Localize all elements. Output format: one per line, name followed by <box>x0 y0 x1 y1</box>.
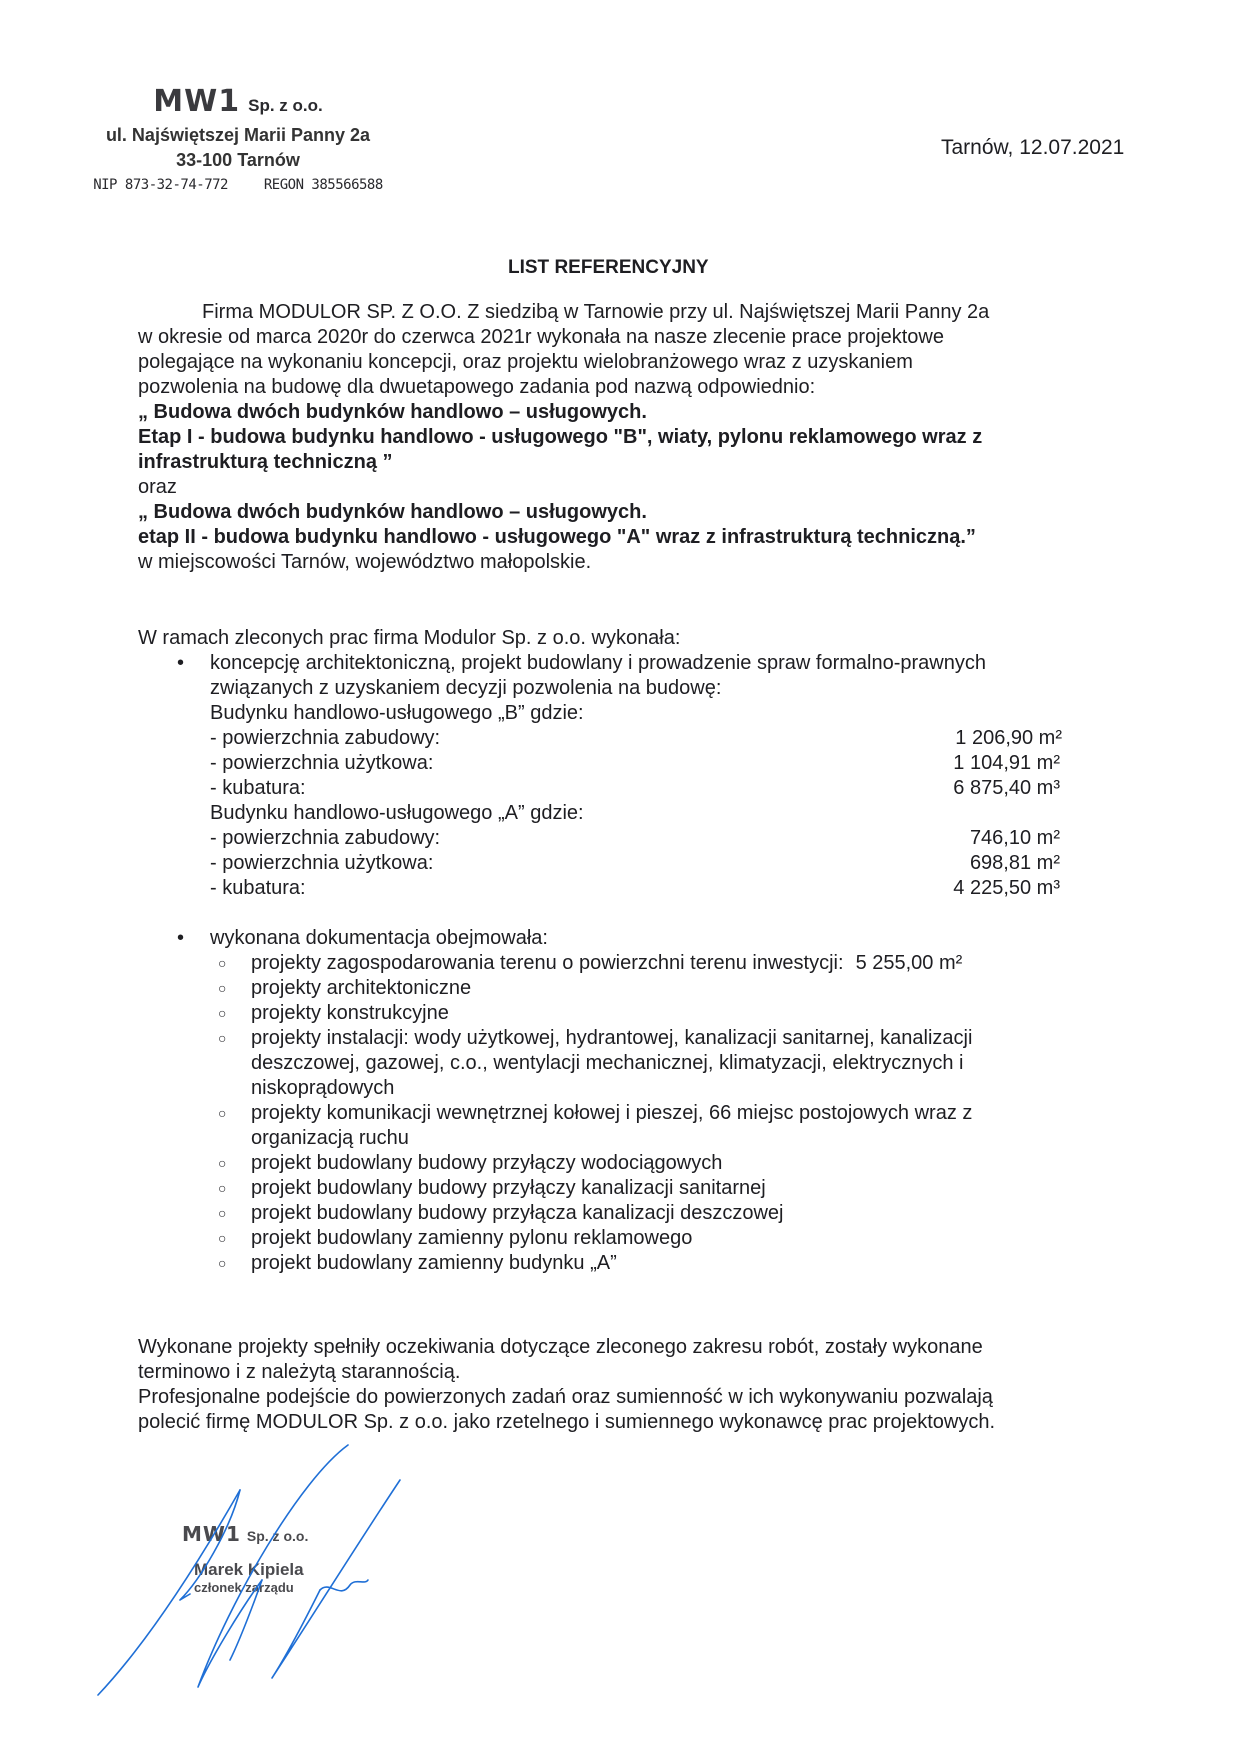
circle-bullet-icon: ○ <box>218 1001 226 1026</box>
metric-label: - powierzchnia użytkowa: <box>210 851 433 876</box>
circle-bullet-icon: ○ <box>218 1176 226 1201</box>
metric-value: 4 225,50 m³ <box>953 876 1060 901</box>
company-suffix: Sp. z o.o. <box>247 1528 308 1544</box>
building-a-row: - kubatura:4 225,50 m³ <box>210 876 1060 901</box>
doc-item: ○ projekt budowlany budowy przyłącza kan… <box>251 1201 1111 1226</box>
doc-item-text: projekt budowlany budowy przyłączy wodoc… <box>251 1151 1111 1176</box>
letter-date: Tarnów, 12.07.2021 <box>941 136 1124 160</box>
doc-item: ○ projekty komunikacji wewnętrznej kołow… <box>251 1101 1111 1151</box>
doc-item-text: projekty zagospodarowania terenu o powie… <box>251 952 844 974</box>
circle-bullet-icon: ○ <box>218 1226 226 1251</box>
doc-item: ○ projekty instalacji: wody użytkowej, h… <box>251 1026 1111 1101</box>
closing-line: polecić firmę MODULOR Sp. z o.o. jako rz… <box>138 1410 995 1435</box>
bullet-label: wykonana dokumentacja obejmowała: <box>210 926 1110 951</box>
closing-line: terminowo i z należytą starannością. <box>138 1360 995 1385</box>
circle-bullet-icon: ○ <box>218 1101 226 1126</box>
circle-bullet-icon: ○ <box>218 1251 226 1276</box>
task2-stage: etap II - budowa budynku handlowo - usłu… <box>138 525 1098 550</box>
building-b-label: Budynku handlowo-usługowego „B” gdzie: <box>210 701 1060 726</box>
scope-heading: W ramach zleconych prac firma Modulor Sp… <box>138 626 680 651</box>
company-logo: MW1 <box>182 1522 241 1546</box>
doc-item-line: projekty zagospodarowania terenu o powie… <box>251 951 1111 976</box>
doc-item-text: projekty komunikacji wewnętrznej kołowej… <box>251 1101 1111 1126</box>
metric-label: - kubatura: <box>210 776 306 801</box>
documentation-list: ○ projekty zagospodarowania terenu o pow… <box>251 951 1111 1276</box>
circle-bullet-icon: ○ <box>218 1151 226 1176</box>
building-a-row: - powierzchnia użytkowa:698,81 m² <box>210 851 1060 876</box>
doc-item-text: projekty konstrukcyjne <box>251 1001 1111 1026</box>
metric-value: 6 875,40 m³ <box>953 776 1060 801</box>
task-location: w miejscowości Tarnów, województwo małop… <box>138 550 1098 575</box>
doc-item: ○ projekty zagospodarowania terenu o pow… <box>251 951 1111 976</box>
scope-bullet-documentation: • wykonana dokumentacja obejmowała: <box>210 926 1110 951</box>
metric-label: - kubatura: <box>210 876 306 901</box>
sender-nip: NIP 873-32-74-772 <box>93 177 228 193</box>
intro-line: pozwolenia na budowę dla dwuetapowego za… <box>138 375 1098 400</box>
doc-item-text: organizacją ruchu <box>251 1126 1111 1151</box>
building-a-row: - powierzchnia zabudowy:746,10 m² <box>210 826 1060 851</box>
doc-item: ○ projekt budowlany budowy przyłączy wod… <box>251 1151 1111 1176</box>
scope-bullet-concept: • koncepcję architektoniczną, projekt bu… <box>210 651 1060 901</box>
intro-paragraph: Firma MODULOR SP. Z O.O. Z siedzibą w Ta… <box>138 300 1098 575</box>
sender-stamp: MW1Sp. z o.o. ul. Najświętszej Marii Pan… <box>88 86 388 198</box>
doc-item-value: 5 255,00 m² <box>856 952 963 974</box>
doc-item-text: projekt budowlany zamienny budynku „A” <box>251 1251 1111 1276</box>
conjunction: oraz <box>138 475 1098 500</box>
sender-street: ul. Najświętszej Marii Panny 2a <box>88 123 388 148</box>
doc-item-text: projekt budowlany budowy przyłączy kanal… <box>251 1176 1111 1201</box>
sender-city: 33-100 Tarnów <box>88 148 388 173</box>
signatory-name: Marek Kipiela <box>194 1560 308 1580</box>
metric-label: - powierzchnia zabudowy: <box>210 826 440 851</box>
circle-bullet-icon: ○ <box>218 1026 226 1051</box>
metric-value: 1 104,91 m² <box>953 751 1060 776</box>
bullet-dot-icon: • <box>177 651 184 676</box>
bullet-line: koncepcję architektoniczną, projekt budo… <box>210 651 1060 676</box>
circle-bullet-icon: ○ <box>218 951 226 976</box>
metric-value: 746,10 m² <box>970 826 1060 851</box>
doc-item: ○ projekt budowlany zamienny pylonu rekl… <box>251 1226 1111 1251</box>
doc-item: ○ projekty konstrukcyjne <box>251 1001 1111 1026</box>
signature-stamp-logo-line: MW1Sp. z o.o. <box>182 1522 308 1546</box>
doc-item-text: niskoprądowych <box>251 1076 1111 1101</box>
metric-label: - powierzchnia użytkowa: <box>210 751 433 776</box>
intro-line: Firma MODULOR SP. Z O.O. Z siedzibą w Ta… <box>138 300 1098 325</box>
doc-item-text: projekt budowlany zamienny pylonu reklam… <box>251 1226 1111 1251</box>
company-suffix: Sp. z o.o. <box>248 96 323 115</box>
sender-logo-line: MW1Sp. z o.o. <box>88 86 388 123</box>
bullet-dot-icon: • <box>177 926 184 951</box>
letter-title: LIST REFERENCYJNY <box>508 257 709 279</box>
doc-item: ○ projekt budowlany zamienny budynku „A” <box>251 1251 1111 1276</box>
doc-item: ○ projekty architektoniczne <box>251 976 1111 1001</box>
company-logo: MW1 <box>153 84 240 119</box>
intro-line: w okresie od marca 2020r do czerwca 2021… <box>138 325 1098 350</box>
metric-label: - powierzchnia zabudowy: <box>210 726 440 751</box>
intro-line: polegające na wykonaniu koncepcji, oraz … <box>138 350 1098 375</box>
closing-line: Profesjonalne podejście do powierzonych … <box>138 1385 995 1410</box>
sender-regon: REGON 385566588 <box>264 177 383 193</box>
metric-value: 698,81 m² <box>970 851 1060 876</box>
doc-item: ○ projekt budowlany budowy przyłączy kan… <box>251 1176 1111 1201</box>
circle-bullet-icon: ○ <box>218 1201 226 1226</box>
signatory-role: członek zarządu <box>194 1580 308 1595</box>
doc-item-text: deszczowej, gazowej, c.o., wentylacji me… <box>251 1051 1111 1076</box>
task1-stage-cont: infrastrukturą techniczną ” <box>138 450 1098 475</box>
building-b-row: - powierzchnia użytkowa:1 104,91 m² <box>210 751 1060 776</box>
signature-stamp: MW1Sp. z o.o. Marek Kipiela członek zarz… <box>182 1522 308 1595</box>
doc-item-text: projekty architektoniczne <box>251 976 1111 1001</box>
task1-stage: Etap I - budowa budynku handlowo - usług… <box>138 425 1098 450</box>
bullet-line: związanych z uzyskaniem decyzji pozwolen… <box>210 676 1060 701</box>
sender-ids: NIP 873-32-74-772 REGON 385566588 <box>88 173 388 198</box>
closing-line: Wykonane projekty spełniły oczekiwania d… <box>138 1335 995 1360</box>
doc-item-text: projekt budowlany budowy przyłącza kanal… <box>251 1201 1111 1226</box>
building-b-row: - powierzchnia zabudowy:1 206,90 m² <box>210 726 1060 751</box>
task2-title: „ Budowa dwóch budynków handlowo – usług… <box>138 500 1098 525</box>
building-a-label: Budynku handlowo-usługowego „A” gdzie: <box>210 801 1060 826</box>
closing-paragraph: Wykonane projekty spełniły oczekiwania d… <box>138 1335 995 1435</box>
task1-title: „ Budowa dwóch budynków handlowo – usług… <box>138 400 1098 425</box>
circle-bullet-icon: ○ <box>218 976 226 1001</box>
doc-item-text: projekty instalacji: wody użytkowej, hyd… <box>251 1026 1111 1051</box>
metric-value: 1 206,90 m² <box>955 726 1062 751</box>
building-b-row: - kubatura:6 875,40 m³ <box>210 776 1060 801</box>
